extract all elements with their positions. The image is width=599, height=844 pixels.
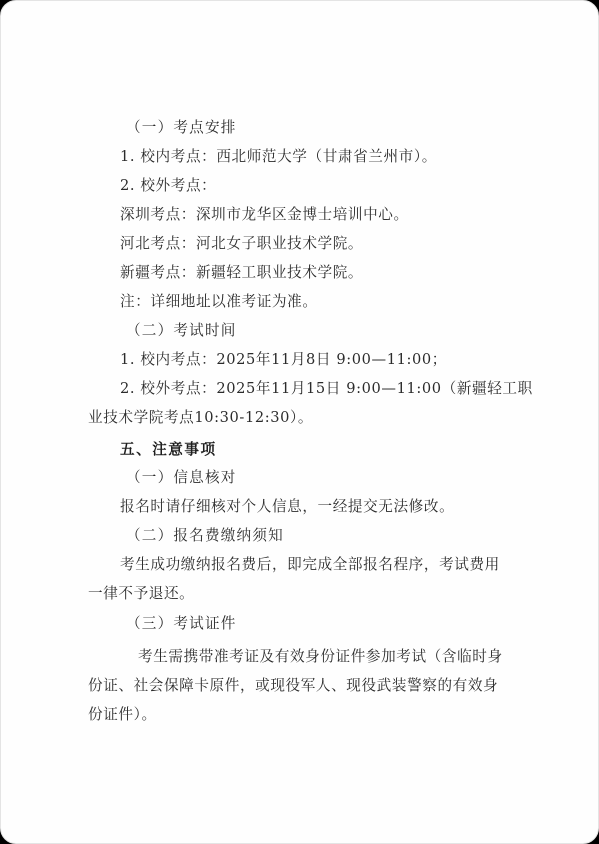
section-heading-exam-venues: （一）考点安排 <box>126 118 237 138</box>
info-check-text: 报名时请仔细核对个人信息，一经提交无法修改。 <box>120 497 454 517</box>
venue-xinjiang: 新疆考点：新疆轻工职业技术学院。 <box>120 263 363 283</box>
time-off-campus-continued: 业技术学院考点10:30-12:30）。 <box>88 408 313 428</box>
venue-shenzhen: 深圳考点：深圳市龙华区金博士培训中心。 <box>120 205 409 225</box>
venue-note: 注：详细地址以准考证为准。 <box>120 292 318 312</box>
time-on-campus: 1. 校内考点：2025年11月8日 9:00—11:00； <box>120 350 447 370</box>
exam-documents-text-line2: 份证、社会保障卡原件，或现役军人、现役武装警察的有效身 <box>88 676 498 696</box>
section-heading-exam-documents: （三）考试证件 <box>126 614 237 634</box>
section-heading-info-check: （一）信息核对 <box>126 468 237 488</box>
exam-documents-text-line3: 份证件）。 <box>88 705 157 725</box>
venue-on-campus: 1. 校内考点：西北师范大学（甘肃省兰州市）。 <box>120 147 437 167</box>
chapter-heading-notes: 五、注意事项 <box>120 440 217 460</box>
time-off-campus: 2. 校外考点：2025年11月15日 9:00—11:00（新疆轻工职 <box>120 379 533 399</box>
venue-hebei: 河北考点：河北女子职业技术学院。 <box>120 234 363 254</box>
exam-documents-text-line1: 考生需携带准考证及有效身份证件参加考试（含临时身 <box>138 647 503 667</box>
fee-notice-text-line1: 考生成功缴纳报名费后，即完成全部报名程序，考试费用 <box>120 555 500 575</box>
venue-off-campus-label: 2. 校外考点： <box>120 176 216 196</box>
fee-notice-text-line2: 一律不予退还。 <box>88 584 194 604</box>
section-heading-exam-time: （二）考试时间 <box>126 321 237 341</box>
section-heading-fee-notice: （二）报名费缴纳须知 <box>126 526 284 546</box>
document-page: （一）考点安排 1. 校内考点：西北师范大学（甘肃省兰州市）。 2. 校外考点：… <box>0 0 599 844</box>
